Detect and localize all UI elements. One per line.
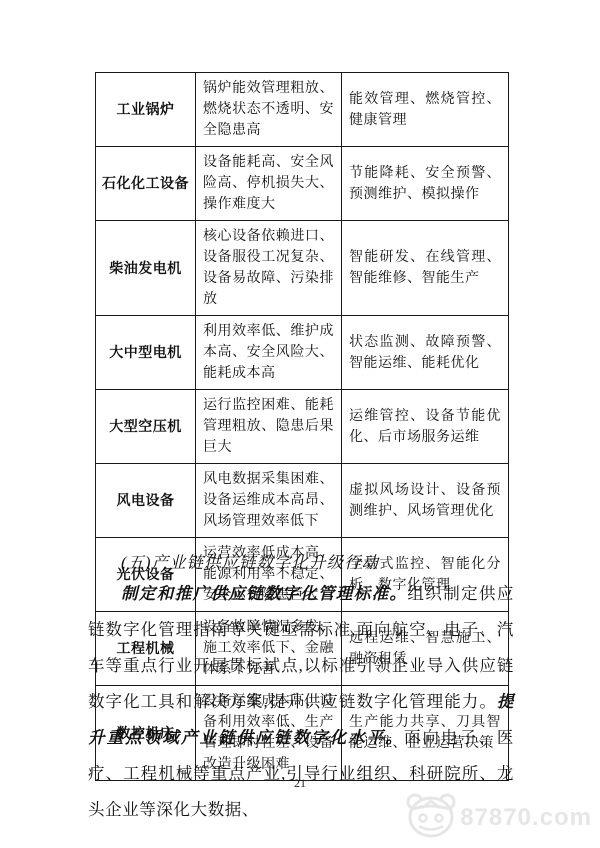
problems-cell: 运行监控困难、能耗管理粗放、隐患后果巨大 [196,390,342,464]
category-cell: 大中型电机 [96,316,196,390]
table-row: 工业锅炉 锅炉能效管理粗放、燃烧状态不透明、安全隐患高 能效管理、燃烧管控、健康… [96,73,509,147]
problems-cell: 设备能耗高、安全风险高、停机损失大、操作难度大 [196,147,342,221]
problems-cell: 风电数据采集困难、设备运维成本高昂、风场管理效率低下 [196,464,342,538]
solutions-cell: 虚拟风场设计、设备预测维护、风场管理优化 [342,464,509,538]
category-cell: 柴油发电机 [96,221,196,316]
solutions-cell: 运维管控、设备节能优化、后市场服务运维 [342,390,509,464]
category-cell: 工业锅炉 [96,73,196,147]
problems-cell: 核心设备依赖进口、设备服役工况复杂、设备易故障、污染排放 [196,221,342,316]
table-row: 大型空压机 运行监控困难、能耗管理粗放、隐患后果巨大 运维管控、设备节能优化、后… [96,390,509,464]
watermark: 87870.com [404,791,592,844]
solutions-cell: 节能降耗、安全预警、预测维护、模拟操作 [342,147,509,221]
problems-cell: 利用效率低、维护成本高、安全风险大、能耗成本高 [196,316,342,390]
table-row: 石化化工设备 设备能耗高、安全风险高、停机损失大、操作难度大 节能降耗、安全预警… [96,147,509,221]
page-number: 21 [0,776,600,791]
table-row: 大中型电机 利用效率低、维护成本高、安全风险大、能耗成本高 状态监测、故障预警、… [96,316,509,390]
category-cell: 石化化工设备 [96,147,196,221]
watermark-text: 87870.com [460,804,592,832]
document-page: 工业锅炉 锅炉能效管理粗放、燃烧状态不透明、安全隐患高 能效管理、燃烧管控、健康… [0,0,600,848]
solutions-cell: 能效管理、燃烧管控、健康管理 [342,73,509,147]
category-cell: 风电设备 [96,464,196,538]
bold-sentence-1: 制定和推广供应链数字化管理标准。 [121,584,407,603]
table-row: 柴油发电机 核心设备依赖进口、设备服役工况复杂、设备易故障、污染排放 智能研发、… [96,221,509,316]
solutions-cell: 智能研发、在线管理、智能维修、智能生产 [342,221,509,316]
solutions-cell: 状态监测、故障预警、智能运维、能耗优化 [342,316,509,390]
table-row: 风电设备 风电数据采集困难、设备运维成本高昂、风场管理效率低下 虚拟风场设计、设… [96,464,509,538]
category-cell: 大型空压机 [96,390,196,464]
bear-logo-icon [404,791,458,844]
paragraph-text-1: 组织制定供应链数字化管理指南等关键亟需标准,面向航空、电子、汽车等重点行业开展贯… [88,584,514,711]
problems-cell: 锅炉能效管理粗放、燃烧状态不透明、安全隐患高 [196,73,342,147]
section-heading: (五)产业链供应链数字化升级行动 [121,549,379,573]
